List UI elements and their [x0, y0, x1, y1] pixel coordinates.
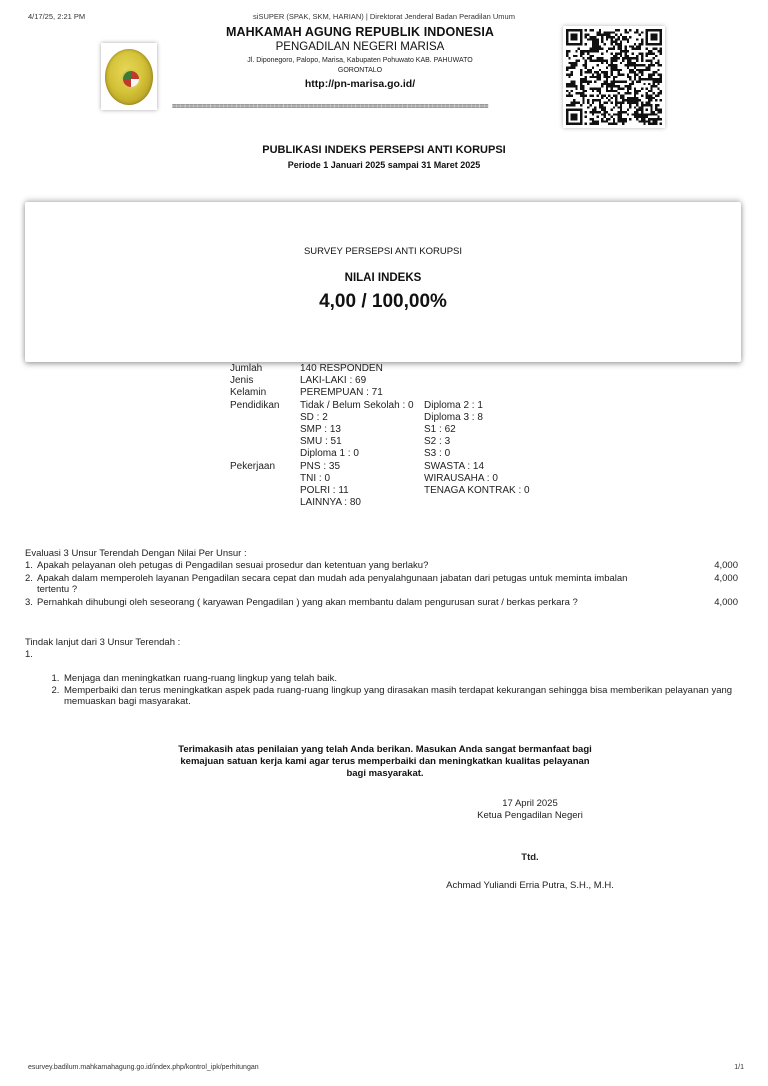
- respondent-col2: TENAGA KONTRAK : 0: [424, 485, 530, 497]
- follow-up-item: Menjaga dan meningkatkan ruang-ruang lin…: [62, 673, 740, 685]
- evaluation-score: 4,000: [714, 560, 738, 571]
- respondent-col1: SMP : 13: [300, 424, 341, 436]
- evaluation-heading: Evaluasi 3 Unsur Terendah Dengan Nilai P…: [25, 548, 740, 559]
- evaluation-score: 4,000: [714, 597, 738, 608]
- respondent-label: Pendidikan: [230, 400, 279, 412]
- follow-up-heading: Tindak lanjut dari 3 Unsur Terendah :: [25, 637, 740, 649]
- respondent-col1: SMU : 51: [300, 436, 342, 448]
- index-label: NILAI INDEKS: [25, 272, 741, 284]
- respondent-col1: Tidak / Belum Sekolah : 0: [300, 400, 414, 412]
- evaluation-section: Evaluasi 3 Unsur Terendah Dengan Nilai P…: [25, 548, 740, 610]
- evaluation-question: Apakah pelayanan oleh petugas di Pengadi…: [37, 560, 428, 571]
- evaluation-item: 1.Apakah pelayanan oleh petugas di Penga…: [25, 560, 740, 571]
- court-name: PENGADILAN NEGERI MARISA: [170, 41, 550, 53]
- survey-name: SURVEY PERSEPSI ANTI KORUPSI: [25, 246, 741, 257]
- letterhead-divider: ========================================…: [172, 102, 552, 111]
- evaluation-number: 3.: [25, 597, 33, 608]
- signature-ttd: Ttd.: [420, 852, 640, 864]
- signature-position: Ketua Pengadilan Negeri: [420, 810, 640, 822]
- follow-up-list: Menjaga dan meningkatkan ruang-ruang lin…: [25, 673, 740, 708]
- follow-up-section: Tindak lanjut dari 3 Unsur Terendah : 1.…: [25, 637, 740, 708]
- respondent-col2: S3 : 0: [424, 448, 450, 460]
- respondent-col1: Diploma 1 : 0: [300, 448, 359, 460]
- respondent-col2: Diploma 3 : 8: [424, 412, 483, 424]
- respondent-col1: PNS : 35: [300, 461, 340, 473]
- respondent-label: Jenis Kelamin: [230, 375, 266, 399]
- evaluation-item: 2.Apakah dalam memperoleh layanan Pengad…: [25, 573, 740, 595]
- respondent-col1: LAINNYA : 80: [300, 497, 361, 509]
- index-value: 4,00 / 100,00%: [25, 291, 741, 313]
- publication-period: Periode 1 Januari 2025 sampai 31 Maret 2…: [0, 160, 768, 170]
- court-website[interactable]: http://pn-marisa.go.id/: [170, 78, 550, 90]
- respondent-col1: LAKI-LAKI : 69: [300, 375, 366, 387]
- qr-code: [563, 26, 665, 128]
- respondent-label: Pekerjaan: [230, 461, 275, 473]
- court-emblem-icon: [105, 49, 153, 105]
- index-card: SURVEY PERSEPSI ANTI KORUPSI NILAI INDEK…: [25, 202, 741, 362]
- print-page-number: 1/1: [734, 1064, 744, 1071]
- respondent-col1: 140 RESPONDEN: [300, 363, 383, 375]
- letterhead: MAHKAMAH AGUNG REPUBLIK INDONESIA PENGAD…: [170, 25, 550, 90]
- respondent-col2: Diploma 2 : 1: [424, 400, 483, 412]
- evaluation-number: 1.: [25, 560, 33, 571]
- publication-title: PUBLIKASI INDEKS PERSEPSI ANTI KORUPSI: [0, 144, 768, 156]
- evaluation-number: 2.: [25, 573, 33, 584]
- print-page-title: siSUPER (SPAK, SKM, HARIAN) | Direktorat…: [0, 12, 768, 21]
- respondent-col2: S2 : 3: [424, 436, 450, 448]
- evaluation-item: 3.Pernahkah dihubungi oleh seseorang ( k…: [25, 597, 740, 608]
- qr-code-icon: [566, 29, 662, 125]
- follow-up-item: Memperbaiki dan terus meningkatkan aspek…: [62, 685, 740, 708]
- signature-block: 17 April 2025 Ketua Pengadilan Negeri Tt…: [420, 798, 640, 892]
- signature-date: 17 April 2025: [420, 798, 640, 810]
- respondent-col2: SWASTA : 14: [424, 461, 484, 473]
- respondent-col1: SD : 2: [300, 412, 328, 424]
- evaluation-question: Pernahkah dihubungi oleh seseorang ( kar…: [37, 597, 578, 608]
- respondent-label: Jumlah: [230, 363, 262, 375]
- respondent-col1: PEREMPUAN : 71: [300, 387, 383, 399]
- court-address: Jl. Diponegoro, Palopo, Marisa, Kabupate…: [170, 56, 550, 76]
- respondent-col2: WIRAUSAHA : 0: [424, 473, 498, 485]
- respondent-col2: S1 : 62: [424, 424, 456, 436]
- respondent-col1: POLRI : 11: [300, 485, 349, 497]
- follow-up-outer-number: 1.: [25, 649, 740, 661]
- signatory-name: Achmad Yuliandi Erria Putra, S.H., M.H.: [420, 880, 640, 892]
- respondent-col1: TNI : 0: [300, 473, 330, 485]
- institution-name: MAHKAMAH AGUNG REPUBLIK INDONESIA: [170, 25, 550, 39]
- court-logo: [101, 43, 157, 110]
- thanks-message: Terimakasih atas penilaian yang telah An…: [170, 744, 600, 780]
- print-url: esurvey.badilum.mahkamahagung.go.id/inde…: [28, 1064, 259, 1071]
- evaluation-question: Apakah dalam memperoleh layanan Pengadil…: [37, 573, 627, 595]
- evaluation-score: 4,000: [714, 573, 738, 584]
